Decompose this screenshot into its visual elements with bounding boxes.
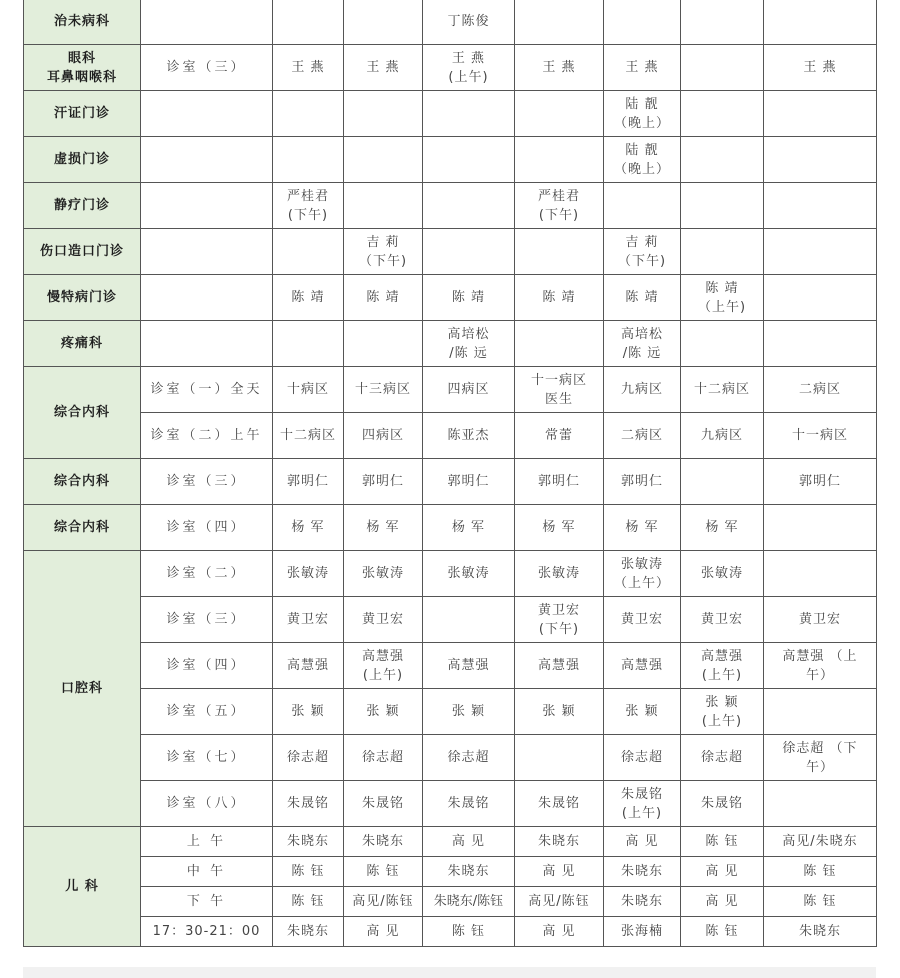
room-cell <box>141 275 273 321</box>
schedule-cell <box>764 183 877 229</box>
schedule-cell: 高 见 <box>344 917 423 947</box>
schedule-cell <box>344 91 423 137</box>
schedule-cell: 十二病区 <box>273 413 344 459</box>
table-row: 综合内科 诊室（一）全天 十病区 十三病区 四病区 十一病区 医生 九病区 十二… <box>24 367 877 413</box>
schedule-cell <box>515 321 604 367</box>
schedule-cell <box>273 229 344 275</box>
schedule-cell: 高培松 /陈 远 <box>423 321 515 367</box>
schedule-cell: 杨 军 <box>604 505 681 551</box>
schedule-cell: 朱晓东 <box>604 887 681 917</box>
table-row: 诊室（八） 朱晟铭 朱晟铭 朱晟铭 朱晟铭 朱晟铭 (上午) 朱晟铭 <box>24 781 877 827</box>
dept-label: 儿 科 <box>24 827 141 947</box>
dept-label: 慢特病门诊 <box>24 275 141 321</box>
room-cell: 诊室（八） <box>141 781 273 827</box>
dept-label: 汗证门诊 <box>24 91 141 137</box>
table-row: 17：30-21：00 朱晓东 高 见 陈 钰 高 见 张海楠 陈 钰 朱晓东 <box>24 917 877 947</box>
schedule-cell <box>681 137 764 183</box>
schedule-cell: 高慧强 <box>423 643 515 689</box>
room-cell <box>141 137 273 183</box>
room-cell: 上 午 <box>141 827 273 857</box>
schedule-cell: 陈 钰 <box>273 887 344 917</box>
schedule-cell: 张 颖 <box>273 689 344 735</box>
table-row: 伤口造口门诊 吉 莉 （下午) 吉 莉 （下午) <box>24 229 877 275</box>
schedule-cell: 张 颖 <box>423 689 515 735</box>
schedule-cell: 十三病区 <box>344 367 423 413</box>
schedule-cell <box>515 735 604 781</box>
schedule-cell: 陈 靖 （上午) <box>681 275 764 321</box>
schedule-cell: 张海楠 <box>604 917 681 947</box>
dept-label: 疼痛科 <box>24 321 141 367</box>
schedule-cell <box>764 689 877 735</box>
schedule-cell <box>423 91 515 137</box>
schedule-cell: 郭明仁 <box>515 459 604 505</box>
schedule-cell: 郭明仁 <box>604 459 681 505</box>
schedule-cell: 徐志超 <box>604 735 681 781</box>
schedule-cell: 陈 钰 <box>764 857 877 887</box>
schedule-cell: 张 颖 <box>344 689 423 735</box>
table-row: 下 午 陈 钰 高见/陈钰 朱晓东/陈钰 高见/陈钰 朱晓东 高 见 陈 钰 <box>24 887 877 917</box>
schedule-cell: 严桂君 (下午) <box>515 183 604 229</box>
schedule-cell: 徐志超 <box>273 735 344 781</box>
table-row: 慢特病门诊 陈 靖 陈 靖 陈 靖 陈 靖 陈 靖 陈 靖 （上午) <box>24 275 877 321</box>
table-row: 诊室（二）上午 十二病区 四病区 陈亚杰 常蕾 二病区 九病区 十一病区 <box>24 413 877 459</box>
schedule-cell: 高 见 <box>515 917 604 947</box>
schedule-cell: 严桂君 (下午) <box>273 183 344 229</box>
schedule-cell: 张 颖 (上午) <box>681 689 764 735</box>
table-row: 诊室（四） 高慧强 高慧强 (上午) 高慧强 高慧强 高慧强 高慧强 (上午) … <box>24 643 877 689</box>
schedule-cell: 陈 靖 <box>344 275 423 321</box>
schedule-cell: 陈 钰 <box>681 917 764 947</box>
schedule-cell: 黄卫宏 <box>604 597 681 643</box>
schedule-cell: 朱晟铭 (上午) <box>604 781 681 827</box>
schedule-cell: 黄卫宏 <box>273 597 344 643</box>
schedule-cell: 杨 军 <box>273 505 344 551</box>
schedule-cell <box>344 0 423 45</box>
room-cell: 诊室（三） <box>141 597 273 643</box>
schedule-cell: 二病区 <box>604 413 681 459</box>
schedule-sheet: 治未病科 丁陈俊 眼科 耳鼻咽喉科 诊室（三） 王 燕 王 燕 王 燕 (上午)… <box>23 0 877 947</box>
table-row: 口腔科 诊室（二） 张敏涛 张敏涛 张敏涛 张敏涛 张敏涛 （上午） 张敏涛 <box>24 551 877 597</box>
schedule-cell <box>764 275 877 321</box>
schedule-cell: 陈 靖 <box>515 275 604 321</box>
table-row: 静疗门诊 严桂君 (下午) 严桂君 (下午) <box>24 183 877 229</box>
schedule-cell <box>273 137 344 183</box>
table-row: 儿 科 上 午 朱晓东 朱晓东 高 见 朱晓东 高 见 陈 钰 高见/朱晓东 <box>24 827 877 857</box>
schedule-cell: 朱晓东/陈钰 <box>423 887 515 917</box>
schedule-cell: 朱晓东 <box>515 827 604 857</box>
schedule-cell <box>764 137 877 183</box>
schedule-cell <box>515 137 604 183</box>
schedule-cell <box>764 505 877 551</box>
table-row: 综合内科 诊室（四） 杨 军 杨 军 杨 军 杨 军 杨 军 杨 军 <box>24 505 877 551</box>
schedule-cell: 丁陈俊 <box>423 0 515 45</box>
schedule-cell <box>344 183 423 229</box>
dept-label: 虚损门诊 <box>24 137 141 183</box>
schedule-cell: 高见/朱晓东 <box>764 827 877 857</box>
schedule-cell: 杨 军 <box>681 505 764 551</box>
schedule-cell: 朱晓东 <box>344 827 423 857</box>
schedule-cell: 陈亚杰 <box>423 413 515 459</box>
schedule-cell: 高慧强 (上午) <box>681 643 764 689</box>
room-cell: 诊室（四） <box>141 643 273 689</box>
schedule-cell: 张敏涛 <box>344 551 423 597</box>
table-row: 眼科 耳鼻咽喉科 诊室（三） 王 燕 王 燕 王 燕 (上午) 王 燕 王 燕 … <box>24 45 877 91</box>
schedule-cell: 张敏涛 （上午） <box>604 551 681 597</box>
schedule-cell: 二病区 <box>764 367 877 413</box>
schedule-cell: 陈 钰 <box>344 857 423 887</box>
schedule-cell <box>764 321 877 367</box>
schedule-cell: 郭明仁 <box>423 459 515 505</box>
schedule-cell <box>273 321 344 367</box>
room-cell: 诊室（五） <box>141 689 273 735</box>
schedule-cell <box>764 0 877 45</box>
schedule-cell: 徐志超 <box>423 735 515 781</box>
schedule-cell <box>681 183 764 229</box>
schedule-cell: 张敏涛 <box>681 551 764 597</box>
schedule-cell: 朱晟铭 <box>515 781 604 827</box>
schedule-cell: 十一病区 <box>764 413 877 459</box>
room-cell <box>141 229 273 275</box>
schedule-cell: 十一病区 医生 <box>515 367 604 413</box>
dept-label: 眼科 耳鼻咽喉科 <box>24 45 141 91</box>
schedule-cell: 高 见 <box>423 827 515 857</box>
schedule-cell: 陈 钰 <box>764 887 877 917</box>
schedule-cell: 黄卫宏 <box>681 597 764 643</box>
schedule-cell: 高 见 <box>515 857 604 887</box>
schedule-cell: 王 燕 <box>515 45 604 91</box>
table-row: 疼痛科 高培松 /陈 远 高培松 /陈 远 <box>24 321 877 367</box>
schedule-cell <box>344 321 423 367</box>
schedule-cell: 郭明仁 <box>273 459 344 505</box>
schedule-cell: 陈 钰 <box>273 857 344 887</box>
schedule-cell <box>515 229 604 275</box>
room-cell: 中 午 <box>141 857 273 887</box>
room-cell: 诊室（二） <box>141 551 273 597</box>
schedule-cell: 朱晟铭 <box>344 781 423 827</box>
schedule-cell <box>764 91 877 137</box>
table-row: 诊室（五） 张 颖 张 颖 张 颖 张 颖 张 颖 张 颖 (上午) <box>24 689 877 735</box>
schedule-cell <box>681 91 764 137</box>
schedule-cell: 杨 军 <box>423 505 515 551</box>
schedule-cell <box>681 459 764 505</box>
schedule-cell: 黄卫宏 (下午) <box>515 597 604 643</box>
schedule-cell <box>515 91 604 137</box>
schedule-cell <box>273 91 344 137</box>
clinic-schedule-table: 治未病科 丁陈俊 眼科 耳鼻咽喉科 诊室（三） 王 燕 王 燕 王 燕 (上午)… <box>23 0 877 947</box>
schedule-cell: 杨 军 <box>344 505 423 551</box>
schedule-cell: 郭明仁 <box>764 459 877 505</box>
schedule-cell: 朱晟铭 <box>423 781 515 827</box>
schedule-cell: 陈 靖 <box>273 275 344 321</box>
schedule-cell: 徐志超 <box>344 735 423 781</box>
schedule-cell: 王 燕 <box>764 45 877 91</box>
schedule-cell: 朱晓东 <box>764 917 877 947</box>
dept-label: 口腔科 <box>24 551 141 827</box>
schedule-cell: 九病区 <box>681 413 764 459</box>
schedule-cell <box>423 597 515 643</box>
schedule-cell: 高见/陈钰 <box>344 887 423 917</box>
room-cell <box>141 321 273 367</box>
schedule-cell: 王 燕 <box>273 45 344 91</box>
schedule-cell: 张 颖 <box>604 689 681 735</box>
schedule-cell: 九病区 <box>604 367 681 413</box>
table-row: 中 午 陈 钰 陈 钰 朱晓东 高 见 朱晓东 高 见 陈 钰 <box>24 857 877 887</box>
schedule-cell: 黄卫宏 <box>344 597 423 643</box>
page-bottom-margin <box>23 967 876 978</box>
schedule-cell: 高慧强 <box>515 643 604 689</box>
room-cell: 诊室（四） <box>141 505 273 551</box>
schedule-cell: 高慧强 <box>273 643 344 689</box>
schedule-cell <box>681 45 764 91</box>
dept-label: 静疗门诊 <box>24 183 141 229</box>
room-cell: 17：30-21：00 <box>141 917 273 947</box>
schedule-cell: 十病区 <box>273 367 344 413</box>
schedule-cell: 郭明仁 <box>344 459 423 505</box>
schedule-cell <box>681 321 764 367</box>
room-cell: 诊室（一）全天 <box>141 367 273 413</box>
schedule-cell: 吉 莉 （下午) <box>344 229 423 275</box>
room-cell: 下 午 <box>141 887 273 917</box>
room-cell <box>141 183 273 229</box>
table-row: 诊室（三） 黄卫宏 黄卫宏 黄卫宏 (下午) 黄卫宏 黄卫宏 黄卫宏 <box>24 597 877 643</box>
dept-label: 综合内科 <box>24 505 141 551</box>
schedule-cell: 陆 靓 （晚上） <box>604 91 681 137</box>
schedule-cell: 高慧强 <box>604 643 681 689</box>
room-cell: 诊室（七） <box>141 735 273 781</box>
schedule-cell <box>423 183 515 229</box>
schedule-cell: 吉 莉 （下午) <box>604 229 681 275</box>
schedule-cell <box>273 0 344 45</box>
schedule-cell: 朱晓东 <box>273 917 344 947</box>
table-row: 综合内科 诊室（三） 郭明仁 郭明仁 郭明仁 郭明仁 郭明仁 郭明仁 <box>24 459 877 505</box>
schedule-cell: 朱晓东 <box>604 857 681 887</box>
schedule-cell <box>604 183 681 229</box>
schedule-cell: 杨 军 <box>515 505 604 551</box>
room-cell <box>141 91 273 137</box>
table-row: 汗证门诊 陆 靓 （晚上） <box>24 91 877 137</box>
schedule-cell: 高 见 <box>681 887 764 917</box>
schedule-cell: 四病区 <box>344 413 423 459</box>
room-cell: 诊室（三） <box>141 45 273 91</box>
schedule-cell: 张敏涛 <box>273 551 344 597</box>
schedule-cell: 黄卫宏 <box>764 597 877 643</box>
schedule-cell <box>515 0 604 45</box>
schedule-cell: 高慧强 （上 午） <box>764 643 877 689</box>
schedule-cell: 朱晓东 <box>423 857 515 887</box>
schedule-cell <box>681 229 764 275</box>
table-row: 治未病科 丁陈俊 <box>24 0 877 45</box>
schedule-cell <box>764 229 877 275</box>
schedule-cell: 朱晓东 <box>273 827 344 857</box>
schedule-cell: 张敏涛 <box>515 551 604 597</box>
schedule-cell: 陈 靖 <box>604 275 681 321</box>
schedule-cell: 高见/陈钰 <box>515 887 604 917</box>
schedule-cell <box>423 137 515 183</box>
room-cell: 诊室（三） <box>141 459 273 505</box>
schedule-cell: 高培松 /陈 远 <box>604 321 681 367</box>
schedule-cell: 王 燕 (上午) <box>423 45 515 91</box>
table-row: 虚损门诊 陆 靓 （晚上） <box>24 137 877 183</box>
schedule-cell: 徐志超 （下 午） <box>764 735 877 781</box>
room-cell: 诊室（二）上午 <box>141 413 273 459</box>
schedule-cell: 张敏涛 <box>423 551 515 597</box>
schedule-cell: 陈 钰 <box>681 827 764 857</box>
schedule-cell: 陆 靓 （晚上） <box>604 137 681 183</box>
schedule-cell <box>344 137 423 183</box>
schedule-cell <box>604 0 681 45</box>
schedule-cell <box>681 0 764 45</box>
table-row: 诊室（七） 徐志超 徐志超 徐志超 徐志超 徐志超 徐志超 （下 午） <box>24 735 877 781</box>
room-cell <box>141 0 273 45</box>
dept-label: 治未病科 <box>24 0 141 45</box>
schedule-cell <box>764 781 877 827</box>
schedule-cell: 张 颖 <box>515 689 604 735</box>
schedule-cell: 四病区 <box>423 367 515 413</box>
schedule-cell: 徐志超 <box>681 735 764 781</box>
schedule-cell <box>423 229 515 275</box>
schedule-cell: 王 燕 <box>604 45 681 91</box>
dept-label: 伤口造口门诊 <box>24 229 141 275</box>
schedule-cell: 高 见 <box>681 857 764 887</box>
schedule-cell: 王 燕 <box>344 45 423 91</box>
schedule-cell: 高慧强 (上午) <box>344 643 423 689</box>
schedule-cell: 陈 钰 <box>423 917 515 947</box>
schedule-cell: 高 见 <box>604 827 681 857</box>
schedule-cell: 陈 靖 <box>423 275 515 321</box>
schedule-cell: 常蕾 <box>515 413 604 459</box>
schedule-cell <box>764 551 877 597</box>
schedule-cell: 朱晟铭 <box>681 781 764 827</box>
dept-label: 综合内科 <box>24 459 141 505</box>
schedule-cell: 朱晟铭 <box>273 781 344 827</box>
schedule-cell: 十二病区 <box>681 367 764 413</box>
dept-label: 综合内科 <box>24 367 141 459</box>
